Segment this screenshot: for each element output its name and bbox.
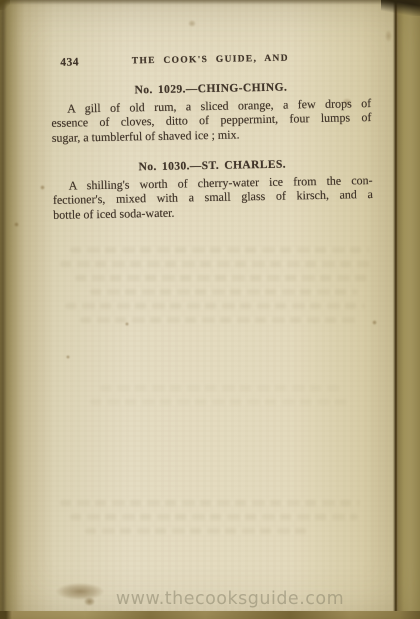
scanned-book-page: 434 THE COOK'S GUIDE, AND No. 1029.—CHIN… (0, 0, 420, 619)
scan-vignette (0, 0, 420, 619)
